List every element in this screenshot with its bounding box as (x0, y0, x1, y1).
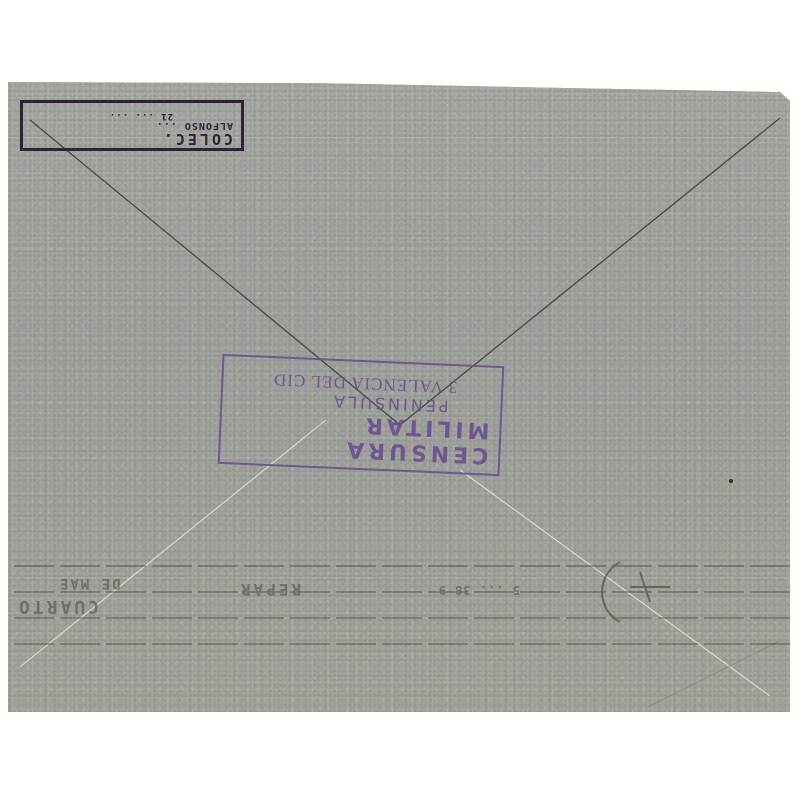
cancel-fragment-3: DE MAE (58, 575, 121, 591)
sender-stamp-line-1: COLEC. (31, 130, 233, 146)
cancel-fragment-1: CUARTO (16, 596, 99, 617)
cancel-fragment-4: 5 ... 38 9 (438, 583, 520, 597)
cancel-fragment-2: REPAR (238, 580, 301, 599)
sender-handstamp: COLEC. ALFONSO ... 21 ... ... (20, 100, 244, 151)
machine-cancellation: CUARTO REPAR DE MAE 5 ... 38 9 (8, 537, 790, 657)
censor-stamp-line-1: CENSURA MILITAR (230, 406, 490, 468)
censor-handstamp: CENSURA MILITAR PENINSULA 3 VALENCIA DEL… (218, 354, 505, 476)
sender-stamp-line-2: ALFONSO ... (31, 120, 233, 131)
sender-stamp-line-3: 21 ... ... (31, 110, 233, 119)
ink-spot (729, 479, 733, 483)
postmark-circle-icon (600, 557, 690, 627)
envelope-back: COLEC. ALFONSO ... 21 ... ... CENSURA MI… (8, 82, 790, 712)
